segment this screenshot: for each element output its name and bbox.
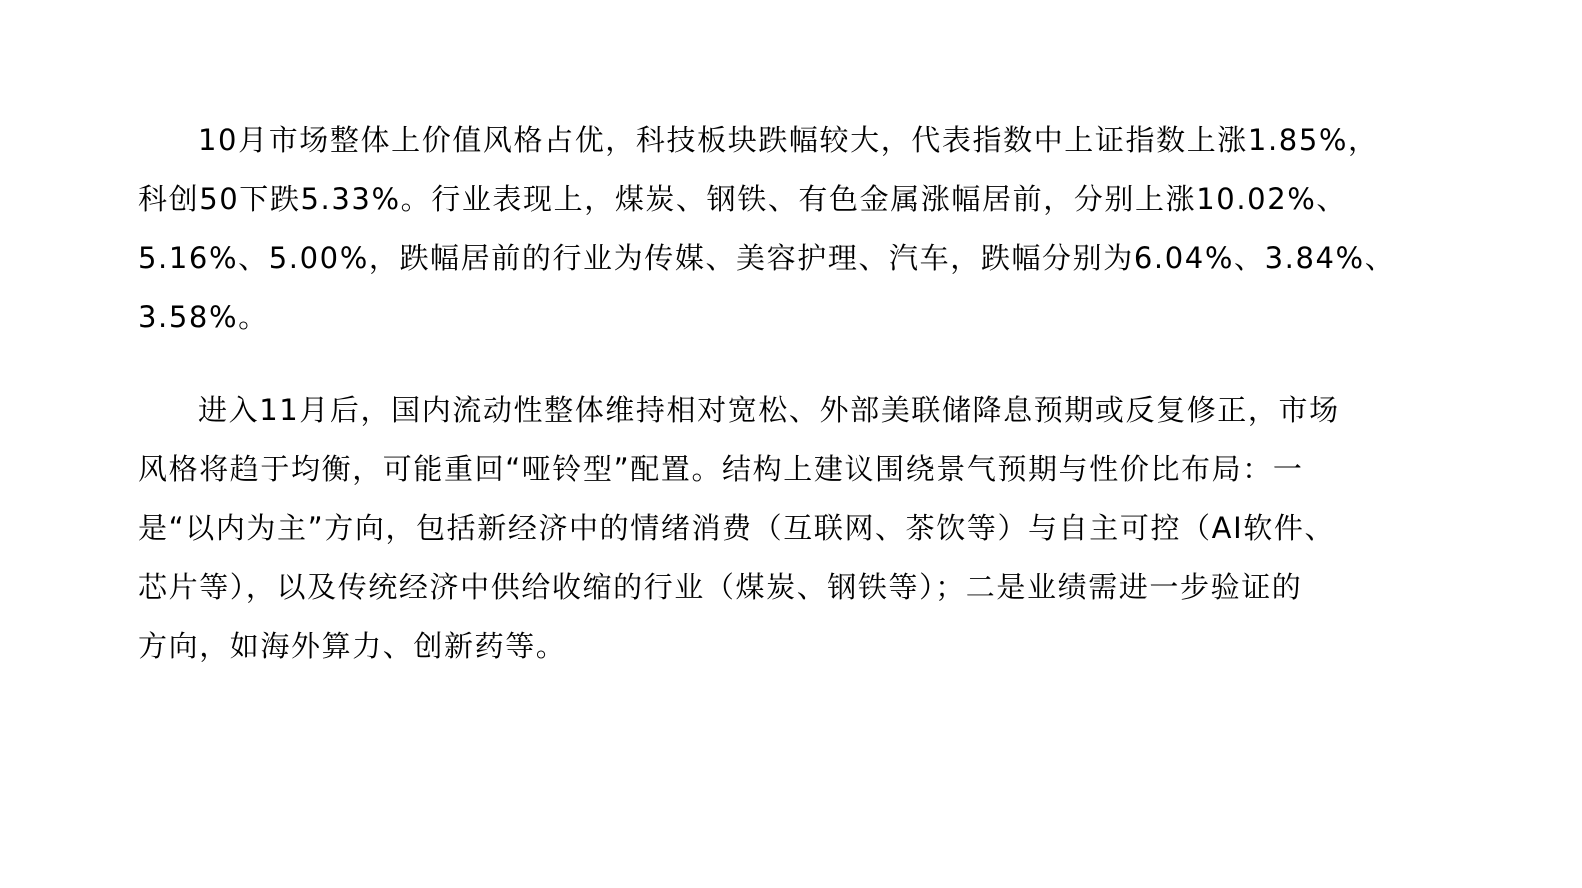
paragraph-line: 进入11月后，国内流动性整体维持相对宽松、外部美联储降息预期或反复修正，市场 (138, 381, 1458, 440)
paragraph-november-outlook: 进入11月后，国内流动性整体维持相对宽松、外部美联储降息预期或反复修正，市场 风… (138, 381, 1458, 676)
paragraph-line: 5.16%、5.00%，跌幅居前的行业为传媒、美容护理、汽车，跌幅分别为6.04… (138, 229, 1458, 288)
paragraph-line: 是“以内为主”方向，包括新经济中的情绪消费（互联网、茶饮等）与自主可控（AI软件… (138, 499, 1458, 558)
paragraph-line: 3.58%。 (138, 288, 1458, 347)
paragraph-line: 10月市场整体上价值风格占优，科技板块跌幅较大，代表指数中上证指数上涨1.85%… (138, 111, 1458, 170)
paragraph-october-market-review: 10月市场整体上价值风格占优，科技板块跌幅较大，代表指数中上证指数上涨1.85%… (138, 111, 1458, 347)
paragraph-line: 方向，如海外算力、创新药等。 (138, 617, 1458, 676)
paragraph-line: 芯片等），以及传统经济中供给收缩的行业（煤炭、钢铁等）；二是业绩需进一步验证的 (138, 558, 1458, 617)
document-page: 10月市场整体上价值风格占优，科技板块跌幅较大，代表指数中上证指数上涨1.85%… (0, 0, 1582, 888)
paragraph-line: 风格将趋于均衡，可能重回“哑铃型”配置。结构上建议围绕景气预期与性价比布局：一 (138, 440, 1458, 499)
paragraph-line: 科创50下跌5.33%。行业表现上，煤炭、钢铁、有色金属涨幅居前，分别上涨10.… (138, 170, 1458, 229)
